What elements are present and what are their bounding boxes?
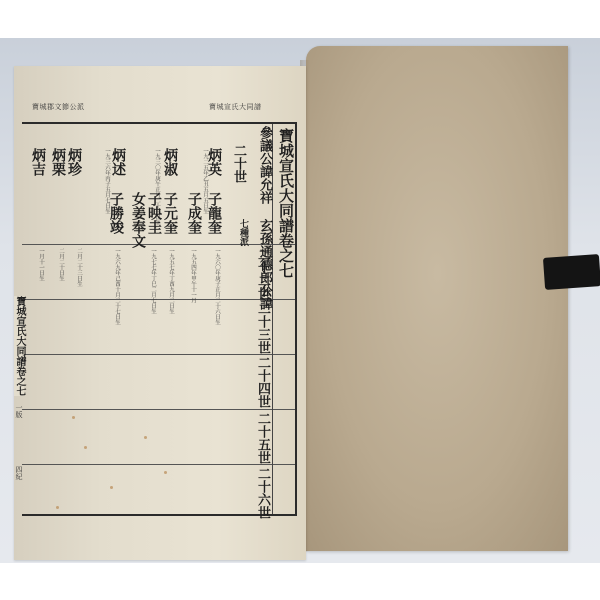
person-name: 炳英 — [207, 148, 221, 176]
foxing-stain — [164, 471, 167, 474]
foxing-stain — [84, 446, 87, 449]
right-page-blank — [306, 46, 568, 551]
foxing-stain — [110, 486, 113, 489]
birth-note: 一九六〇年庚子正月二十六日生 — [214, 248, 220, 325]
side-title: 寶城宣氏大同譜卷之七 — [14, 296, 24, 396]
row-divider — [22, 244, 295, 245]
gen-label: 二十五世 — [256, 412, 269, 464]
gen-label: 二十四世 — [256, 356, 269, 408]
row-divider — [22, 354, 295, 355]
book-title: 寶城宣氏大同譜卷之七 — [278, 128, 293, 278]
birth-note: 一九五四年甲午十一月 — [190, 248, 196, 303]
foxing-stain — [144, 436, 147, 439]
header-left: 寶城郡文節公派 — [32, 102, 85, 116]
birth-note: 一九三六年丙子五月七日生 — [104, 148, 110, 214]
page-mark: 一版 — [15, 404, 22, 418]
birth-note: 一九五七年丁酉九月二日生 — [168, 248, 174, 314]
row-divider — [22, 409, 295, 410]
child-name: 女姜奉文 — [131, 192, 145, 248]
child-name: 子勝竣 — [109, 192, 123, 234]
gen-label: 二十三世 — [256, 302, 269, 354]
child-name: 子龍奎 — [207, 192, 221, 234]
header-right: 寶城宣氏大同譜 — [209, 102, 262, 116]
foxing-stain — [72, 416, 75, 419]
gen-label: 二十六世 — [256, 467, 269, 519]
binder-clip — [543, 254, 600, 290]
birth-note: 一月十一日生 — [38, 248, 44, 281]
child-name: 子元奎 — [163, 192, 177, 234]
birth-note: 二月二十三日生 — [76, 248, 82, 287]
foxing-stain — [56, 506, 59, 509]
background-bottom — [0, 563, 600, 600]
birth-note: 一九三〇年庚午正月二十一日生 — [154, 148, 160, 225]
child-name: 子成奎 — [187, 192, 201, 234]
person-name: 炳栗 — [51, 148, 65, 176]
birth-note: 一九六九年己酉十月二十七日生 — [114, 248, 120, 325]
genealogy-table: 寶城宣氏大同譜卷之七 參議公諱允祥 玄孫通德郎公諱 二十二世 二十三世 二十四世… — [22, 122, 297, 516]
gen-label: 二十二世 — [256, 248, 269, 300]
person-name: 炳吉 — [31, 148, 45, 176]
left-page: 寶城郡文節公派 寶城宣氏大同譜 寶城宣氏大同譜卷之七 參議公諱允祥 玄孫通德郎公… — [14, 66, 306, 560]
row-divider — [22, 464, 295, 465]
person-name: 炳珍 — [67, 148, 81, 176]
background-top — [0, 0, 600, 38]
person-name: 炳述 — [111, 148, 125, 176]
branch-label: 七種派 — [238, 219, 247, 246]
page-mark: 四紀 — [15, 466, 22, 480]
birth-note: 一九二五年乙丑五月五日生 — [202, 148, 208, 214]
birth-note: 一九七七年丁巳二月七日生 — [150, 248, 156, 314]
birth-note: 二月二十日生 — [58, 248, 64, 281]
gen-label: 二十世 — [232, 144, 245, 183]
person-name: 炳淑 — [163, 148, 177, 176]
title-column: 寶城宣氏大同譜卷之七 — [272, 124, 295, 514]
